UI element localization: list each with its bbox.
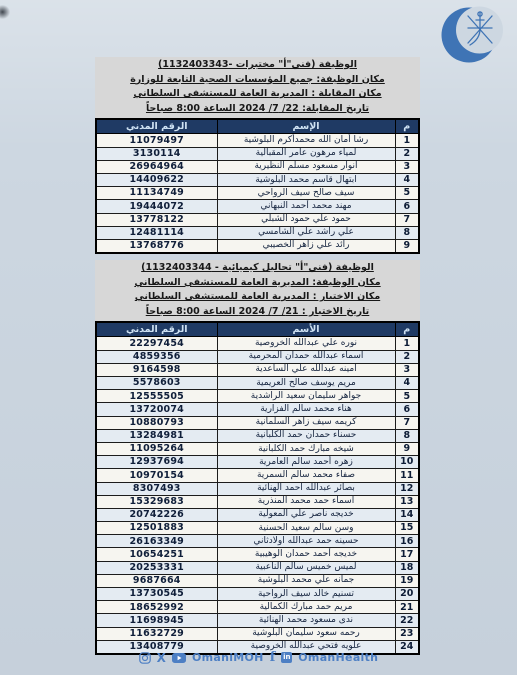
table-row: 20 تسنيم خالد سيف الرواحية 13730545 [96, 588, 419, 601]
column-header-name: الإسم [217, 119, 395, 134]
social-footer: X OmaniMOH f in OmanHealth [0, 651, 517, 664]
civil-id-number: 12481114 [96, 226, 217, 239]
table-row: 21 مريم حمد مبارك الكمالية 18652992 [96, 601, 419, 614]
row-index: 10 [395, 456, 419, 469]
table-row: 3 امينه عبدالله علي الساعدية 9164598 [96, 363, 419, 376]
row-index: 15 [395, 522, 419, 535]
table-row: 13 أسماء حمد محمد المنذرية 15329683 [96, 495, 419, 508]
candidate-name: تسنيم خالد سيف الرواحية [217, 588, 395, 601]
civil-id-number: 8307493 [96, 482, 217, 495]
row-index: 6 [395, 200, 419, 213]
row-index: 11 [395, 469, 419, 482]
row-index: 14 [395, 508, 419, 521]
column-header-civil-id: الرقم المدني [96, 119, 217, 134]
candidate-name: علي راشد علي الشامسي [217, 226, 395, 239]
document-body: الوظيفة (فني"أ" مختبرات -1132403343) مكا… [95, 57, 420, 655]
table-row: 8 حسناء حمدان حمد الكلبانية 13284981 [96, 429, 419, 442]
candidate-name: لمياء مرهون عامر المقبالية [217, 147, 395, 160]
civil-id-number: 13284981 [96, 429, 217, 442]
candidate-name: ندى مسعود محمد الهنائية [217, 614, 395, 627]
table-row: 14 خديجه ناصر علي المعولية 20742226 [96, 508, 419, 521]
table-row: 8 علي راشد علي الشامسي 12481114 [96, 226, 419, 239]
row-index: 6 [395, 403, 419, 416]
moh-logo [437, 3, 511, 65]
table-row: 16 حسينه حمد عبدالله اولادثاني 26163349 [96, 535, 419, 548]
column-header-name: الأسم [217, 322, 395, 337]
table-row: 4 ابتهال قاسم محمد البلوشية 14409622 [96, 173, 419, 186]
row-index: 13 [395, 495, 419, 508]
table-header-row: م الإسم الرقم المدني [96, 119, 419, 134]
candidate-name: حمود علي حمود الشبلي [217, 213, 395, 226]
row-index: 4 [395, 173, 419, 186]
civil-id-number: 15329683 [96, 495, 217, 508]
candidate-name: خديجه أحمد حمدان الوهيبية [217, 548, 395, 561]
job-title-line: الوظيفة (فني"أ" مختبرات -1132403343) [97, 58, 418, 73]
table-header-row: م الأسم الرقم المدني [96, 322, 419, 337]
civil-id-number: 12937694 [96, 456, 217, 469]
exam-location-line: مكان الاختبار : المديرية العامة للمستشفى… [97, 290, 418, 305]
row-index: 2 [395, 350, 419, 363]
row-index: 1 [395, 134, 419, 147]
candidate-name: خديجه ناصر علي المعولية [217, 508, 395, 521]
vacancy-header-1: الوظيفة (فني"أ" مختبرات -1132403343) مكا… [95, 57, 420, 118]
candidate-name: لميس خميس سالم الناعبية [217, 561, 395, 574]
table-row: 6 مهند محمد أحمد النبهاني 19444072 [96, 200, 419, 213]
table-row: 15 وسن سالم سعيد الحسنية 12501883 [96, 522, 419, 535]
row-index: 8 [395, 226, 419, 239]
interview-location-line: مكان المقابلة : المديرية العامة للمستشفى… [97, 87, 418, 102]
candidate-name: نوره علي عبدالله الخروصية [217, 337, 395, 350]
table-row: 5 سيف صالح سيف الرواحي 11134749 [96, 187, 419, 200]
table-row: 17 خديجه أحمد حمدان الوهيبية 10654251 [96, 548, 419, 561]
candidate-name: شيخه مبارك حمد الكلبانية [217, 442, 395, 455]
candidate-name: جواهر سليمان سعيد الراشدية [217, 390, 395, 403]
job-location-line: مكان الوظيفة: المديرية العامة للمستشفى ا… [97, 276, 418, 291]
row-index: 4 [395, 377, 419, 390]
row-index: 21 [395, 601, 419, 614]
civil-id-number: 11079497 [96, 134, 217, 147]
candidate-name: صفاء محمد سالم السمرية [217, 469, 395, 482]
candidate-name: رائد علي زاهر الخصيبي [217, 239, 395, 253]
civil-id-number: 10970154 [96, 469, 217, 482]
table-row: 7 كريمه سيف زاهر السلمانية 10880793 [96, 416, 419, 429]
candidate-name: هناء محمد سالم الفزارية [217, 403, 395, 416]
table-row: 9 رائد علي زاهر الخصيبي 13768776 [96, 239, 419, 253]
civil-id-number: 26163349 [96, 535, 217, 548]
candidate-name: مريم يوسف صالح العريمية [217, 377, 395, 390]
row-index: 3 [395, 363, 419, 376]
interview-date-line: تاريخ المقابلة: 22/ 7/ 2024 الساعة 8:00 … [97, 102, 418, 117]
candidate-name: أسماء عبدالله حمدان المحرمية [217, 350, 395, 363]
civil-id-number: 20253331 [96, 561, 217, 574]
table-row: 22 ندى مسعود محمد الهنائية 11698945 [96, 614, 419, 627]
table-row: 12 بصائر عبدالله أحمد الهنائية 8307493 [96, 482, 419, 495]
civil-id-number: 9687664 [96, 574, 217, 587]
civil-id-number: 11632729 [96, 627, 217, 640]
civil-id-number: 9164598 [96, 363, 217, 376]
health-social-handle: OmanHealth [298, 651, 378, 664]
candidate-name: أسماء حمد محمد المنذرية [217, 495, 395, 508]
table-row: 5 جواهر سليمان سعيد الراشدية 12555505 [96, 390, 419, 403]
civil-id-number: 13720074 [96, 403, 217, 416]
table-row: 4 مريم يوسف صالح العريمية 5578603 [96, 377, 419, 390]
column-header-civil-id: الرقم المدني [96, 322, 217, 337]
facebook-icon: f [270, 652, 276, 664]
row-index: 16 [395, 535, 419, 548]
candidates-table-2: م الأسم الرقم المدني 1 نوره علي عبدالله … [95, 321, 420, 655]
instagram-icon [139, 652, 151, 664]
row-index: 20 [395, 588, 419, 601]
table-row: 1 نوره علي عبدالله الخروصية 22297454 [96, 337, 419, 350]
table-row: 6 هناء محمد سالم الفزارية 13720074 [96, 403, 419, 416]
row-index: 2 [395, 147, 419, 160]
table-row: 10 زهره أحمد سالم العامرية 12937694 [96, 456, 419, 469]
row-index: 7 [395, 213, 419, 226]
candidate-name: سيف صالح سيف الرواحي [217, 187, 395, 200]
x-twitter-icon: X [157, 652, 166, 664]
table-row: 2 أسماء عبدالله حمدان المحرمية 4859356 [96, 350, 419, 363]
row-index: 22 [395, 614, 419, 627]
candidate-name: ابتهال قاسم محمد البلوشية [217, 173, 395, 186]
vacancy-section-chemical-analysis: الوظيفة (فني"أ" تحاليل كيميائية - 113240… [95, 260, 420, 655]
civil-id-number: 12501883 [96, 522, 217, 535]
candidate-name: رحمه سعود سليمان البلوشية [217, 627, 395, 640]
table-row: 11 صفاء محمد سالم السمرية 10970154 [96, 469, 419, 482]
candidates-table-1: م الإسم الرقم المدني 1 رشا أمان الله محم… [95, 118, 420, 254]
civil-id-number: 14409622 [96, 173, 217, 186]
linkedin-icon: in [281, 652, 292, 663]
row-index: 8 [395, 429, 419, 442]
civil-id-number: 18652992 [96, 601, 217, 614]
row-index: 9 [395, 239, 419, 253]
row-index: 12 [395, 482, 419, 495]
civil-id-number: 4859356 [96, 350, 217, 363]
civil-id-number: 11698945 [96, 614, 217, 627]
table-row: 9 شيخه مبارك حمد الكلبانية 11095264 [96, 442, 419, 455]
row-index: 3 [395, 160, 419, 173]
table-row: 3 أنوار مسعود مسلم النظيرية 26964964 [96, 160, 419, 173]
table-row: 19 جمانه علي محمد البلوشية 9687664 [96, 574, 419, 587]
table-row: 7 حمود علي حمود الشبلي 13778122 [96, 213, 419, 226]
vacancy-header-2: الوظيفة (فني"أ" تحاليل كيميائية - 113240… [95, 260, 420, 321]
civil-id-number: 10654251 [96, 548, 217, 561]
candidate-name: مريم حمد مبارك الكمالية [217, 601, 395, 614]
candidate-name: وسن سالم سعيد الحسنية [217, 522, 395, 535]
row-index: 5 [395, 187, 419, 200]
candidate-name: كريمه سيف زاهر السلمانية [217, 416, 395, 429]
civil-id-number: 13730545 [96, 588, 217, 601]
candidate-name: مهند محمد أحمد النبهاني [217, 200, 395, 213]
vacancy-section-laboratories: الوظيفة (فني"أ" مختبرات -1132403343) مكا… [95, 57, 420, 254]
row-index: 5 [395, 390, 419, 403]
civil-id-number: 19444072 [96, 200, 217, 213]
job-location-line: مكان الوظيفة: جميع المؤسسات الصحية التاب… [97, 73, 418, 88]
civil-id-number: 11134749 [96, 187, 217, 200]
row-index: 18 [395, 561, 419, 574]
candidate-name: بصائر عبدالله أحمد الهنائية [217, 482, 395, 495]
row-index: 1 [395, 337, 419, 350]
civil-id-number: 26964964 [96, 160, 217, 173]
candidate-name: زهره أحمد سالم العامرية [217, 456, 395, 469]
civil-id-number: 5578603 [96, 377, 217, 390]
table-row: 23 رحمه سعود سليمان البلوشية 11632729 [96, 627, 419, 640]
table-row: 2 لمياء مرهون عامر المقبالية 3130114 [96, 147, 419, 160]
crescent-khanjar-icon [437, 3, 511, 65]
youtube-icon [172, 653, 186, 663]
job-title-line: الوظيفة (فني"أ" تحاليل كيميائية - 113240… [97, 261, 418, 276]
row-index: 19 [395, 574, 419, 587]
candidate-name: رشا أمان الله محمدأكرم البلوشية [217, 134, 395, 147]
column-header-index: م [395, 119, 419, 134]
column-header-index: م [395, 322, 419, 337]
candidate-name: حسناء حمدان حمد الكلبانية [217, 429, 395, 442]
civil-id-number: 22297454 [96, 337, 217, 350]
civil-id-number: 13768776 [96, 239, 217, 253]
row-index: 17 [395, 548, 419, 561]
table-row: 1 رشا أمان الله محمدأكرم البلوشية 110794… [96, 134, 419, 147]
civil-id-number: 11095264 [96, 442, 217, 455]
candidate-name: أنوار مسعود مسلم النظيرية [217, 160, 395, 173]
announcement-page: الوظيفة (فني"أ" مختبرات -1132403343) مكا… [0, 0, 517, 675]
civil-id-number: 12555505 [96, 390, 217, 403]
civil-id-number: 13778122 [96, 213, 217, 226]
row-index: 9 [395, 442, 419, 455]
civil-id-number: 3130114 [96, 147, 217, 160]
table-row: 18 لميس خميس سالم الناعبية 20253331 [96, 561, 419, 574]
civil-id-number: 10880793 [96, 416, 217, 429]
candidate-name: حسينه حمد عبدالله اولادثاني [217, 535, 395, 548]
row-index: 23 [395, 627, 419, 640]
row-index: 7 [395, 416, 419, 429]
exam-date-line: تاريخ الاختبار : 21/ 7/ 2024 الساعة 8:00… [97, 305, 418, 320]
candidate-name: جمانه علي محمد البلوشية [217, 574, 395, 587]
scan-artifact [0, 5, 10, 19]
moh-social-handle: OmaniMOH [192, 651, 264, 664]
civil-id-number: 20742226 [96, 508, 217, 521]
candidate-name: امينه عبدالله علي الساعدية [217, 363, 395, 376]
